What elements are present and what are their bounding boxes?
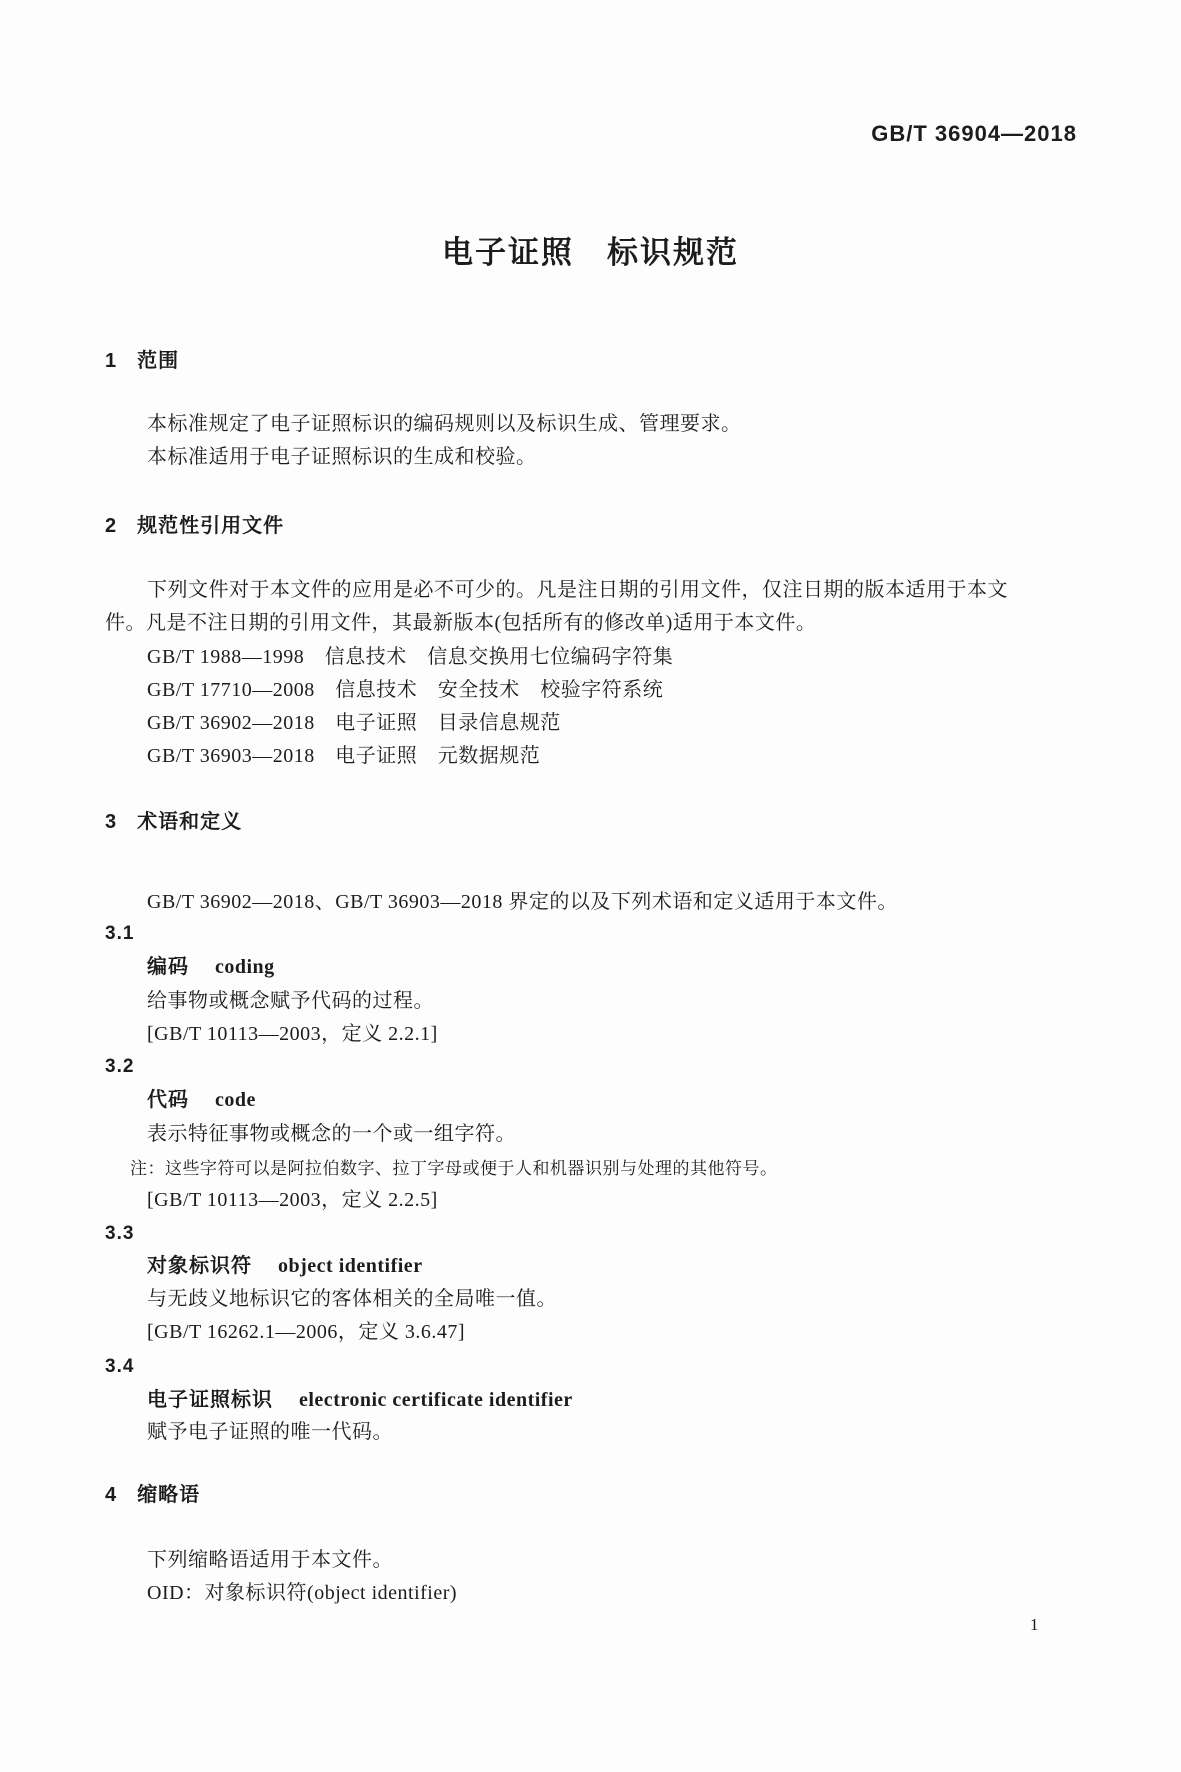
section-3-intro: GB/T 36902—2018、GB/T 36903—2018 界定的以及下列术…	[147, 889, 898, 915]
section-4-paragraph-1: 下列缩略语适用于本文件。	[147, 1547, 393, 1573]
section-2-number: 2	[105, 513, 117, 539]
term-coding-en: coding	[215, 956, 275, 978]
section-2-heading: 2规范性引用文件	[105, 513, 284, 539]
term-object-identifier-en: object identifier	[278, 1255, 423, 1277]
section-3-number: 3	[105, 809, 117, 835]
term-object-identifier: 对象标识符object identifier	[147, 1253, 423, 1279]
term-coding: 编码coding	[147, 954, 275, 980]
clause-3-3-number: 3.3	[105, 1221, 134, 1247]
section-2-title: 规范性引用文件	[137, 515, 284, 537]
section-4-heading: 4缩略语	[105, 1482, 200, 1508]
reference-item: GB/T 36902—2018 电子证照 目录信息规范	[147, 710, 561, 736]
reference-item: GB/T 36903—2018 电子证照 元数据规范	[147, 743, 540, 769]
term-object-identifier-definition: 与无歧义地标识它的客体相关的全局唯一值。	[147, 1286, 557, 1312]
term-coding-source: [GB/T 10113—2003，定义 2.2.1]	[147, 1021, 438, 1047]
term-electronic-certificate-identifier-definition: 赋予电子证照的唯一代码。	[147, 1419, 393, 1445]
section-1-heading: 1范围	[105, 348, 179, 374]
term-electronic-certificate-identifier-zh: 电子证照标识	[147, 1389, 273, 1411]
reference-item: GB/T 17710—2008 信息技术 安全技术 校验字符系统	[147, 677, 663, 703]
document-page: GB/T 36904—2018 电子证照 标识规范 1范围 本标准规定了电子证照…	[0, 0, 1181, 1772]
section-1-title: 范围	[137, 350, 179, 372]
document-title: 电子证照 标识规范	[0, 240, 1181, 266]
term-object-identifier-source: [GB/T 16262.1—2006，定义 3.6.47]	[147, 1319, 465, 1345]
section-1-paragraph-1: 本标准规定了电子证照标识的编码规则以及标识生成、管理要求。	[147, 411, 742, 437]
term-code-source: [GB/T 10113—2003，定义 2.2.5]	[147, 1187, 438, 1213]
section-3-heading: 3术语和定义	[105, 809, 242, 835]
term-electronic-certificate-identifier: 电子证照标识electronic certificate identifier	[147, 1387, 573, 1413]
section-1-paragraph-2: 本标准适用于电子证照标识的生成和校验。	[147, 444, 537, 470]
section-3-title: 术语和定义	[137, 811, 242, 833]
clause-3-4-number: 3.4	[105, 1354, 134, 1380]
reference-item: GB/T 1988—1998 信息技术 信息交换用七位编码字符集	[147, 644, 673, 670]
clause-3-1-number: 3.1	[105, 921, 134, 947]
section-4-number: 4	[105, 1482, 117, 1508]
term-object-identifier-zh: 对象标识符	[147, 1255, 252, 1277]
section-4-title: 缩略语	[137, 1484, 200, 1506]
term-code: 代码code	[147, 1087, 256, 1113]
clause-3-2-number: 3.2	[105, 1054, 134, 1080]
term-code-zh: 代码	[147, 1089, 189, 1111]
section-2-intro-line-2: 件。凡是不注日期的引用文件，其最新版本(包括所有的修改单)适用于本文件。	[105, 610, 816, 636]
page-number: 1	[1030, 1612, 1039, 1638]
section-1-number: 1	[105, 348, 117, 374]
section-4-paragraph-2: OID：对象标识符(object identifier)	[147, 1580, 457, 1606]
section-2-intro-line-1: 下列文件对于本文件的应用是必不可少的。凡是注日期的引用文件，仅注日期的版本适用于…	[147, 577, 1008, 603]
term-code-en: code	[215, 1089, 256, 1111]
term-coding-definition: 给事物或概念赋予代码的过程。	[147, 988, 434, 1014]
term-electronic-certificate-identifier-en: electronic certificate identifier	[299, 1389, 573, 1411]
term-code-note: 注：这些字符可以是阿拉伯数字、拉丁字母或便于人和机器识别与处理的其他符号。	[130, 1156, 778, 1182]
term-coding-zh: 编码	[147, 956, 189, 978]
standard-code-header: GB/T 36904—2018	[0, 121, 1077, 147]
term-code-definition: 表示特征事物或概念的一个或一组字符。	[147, 1121, 516, 1147]
